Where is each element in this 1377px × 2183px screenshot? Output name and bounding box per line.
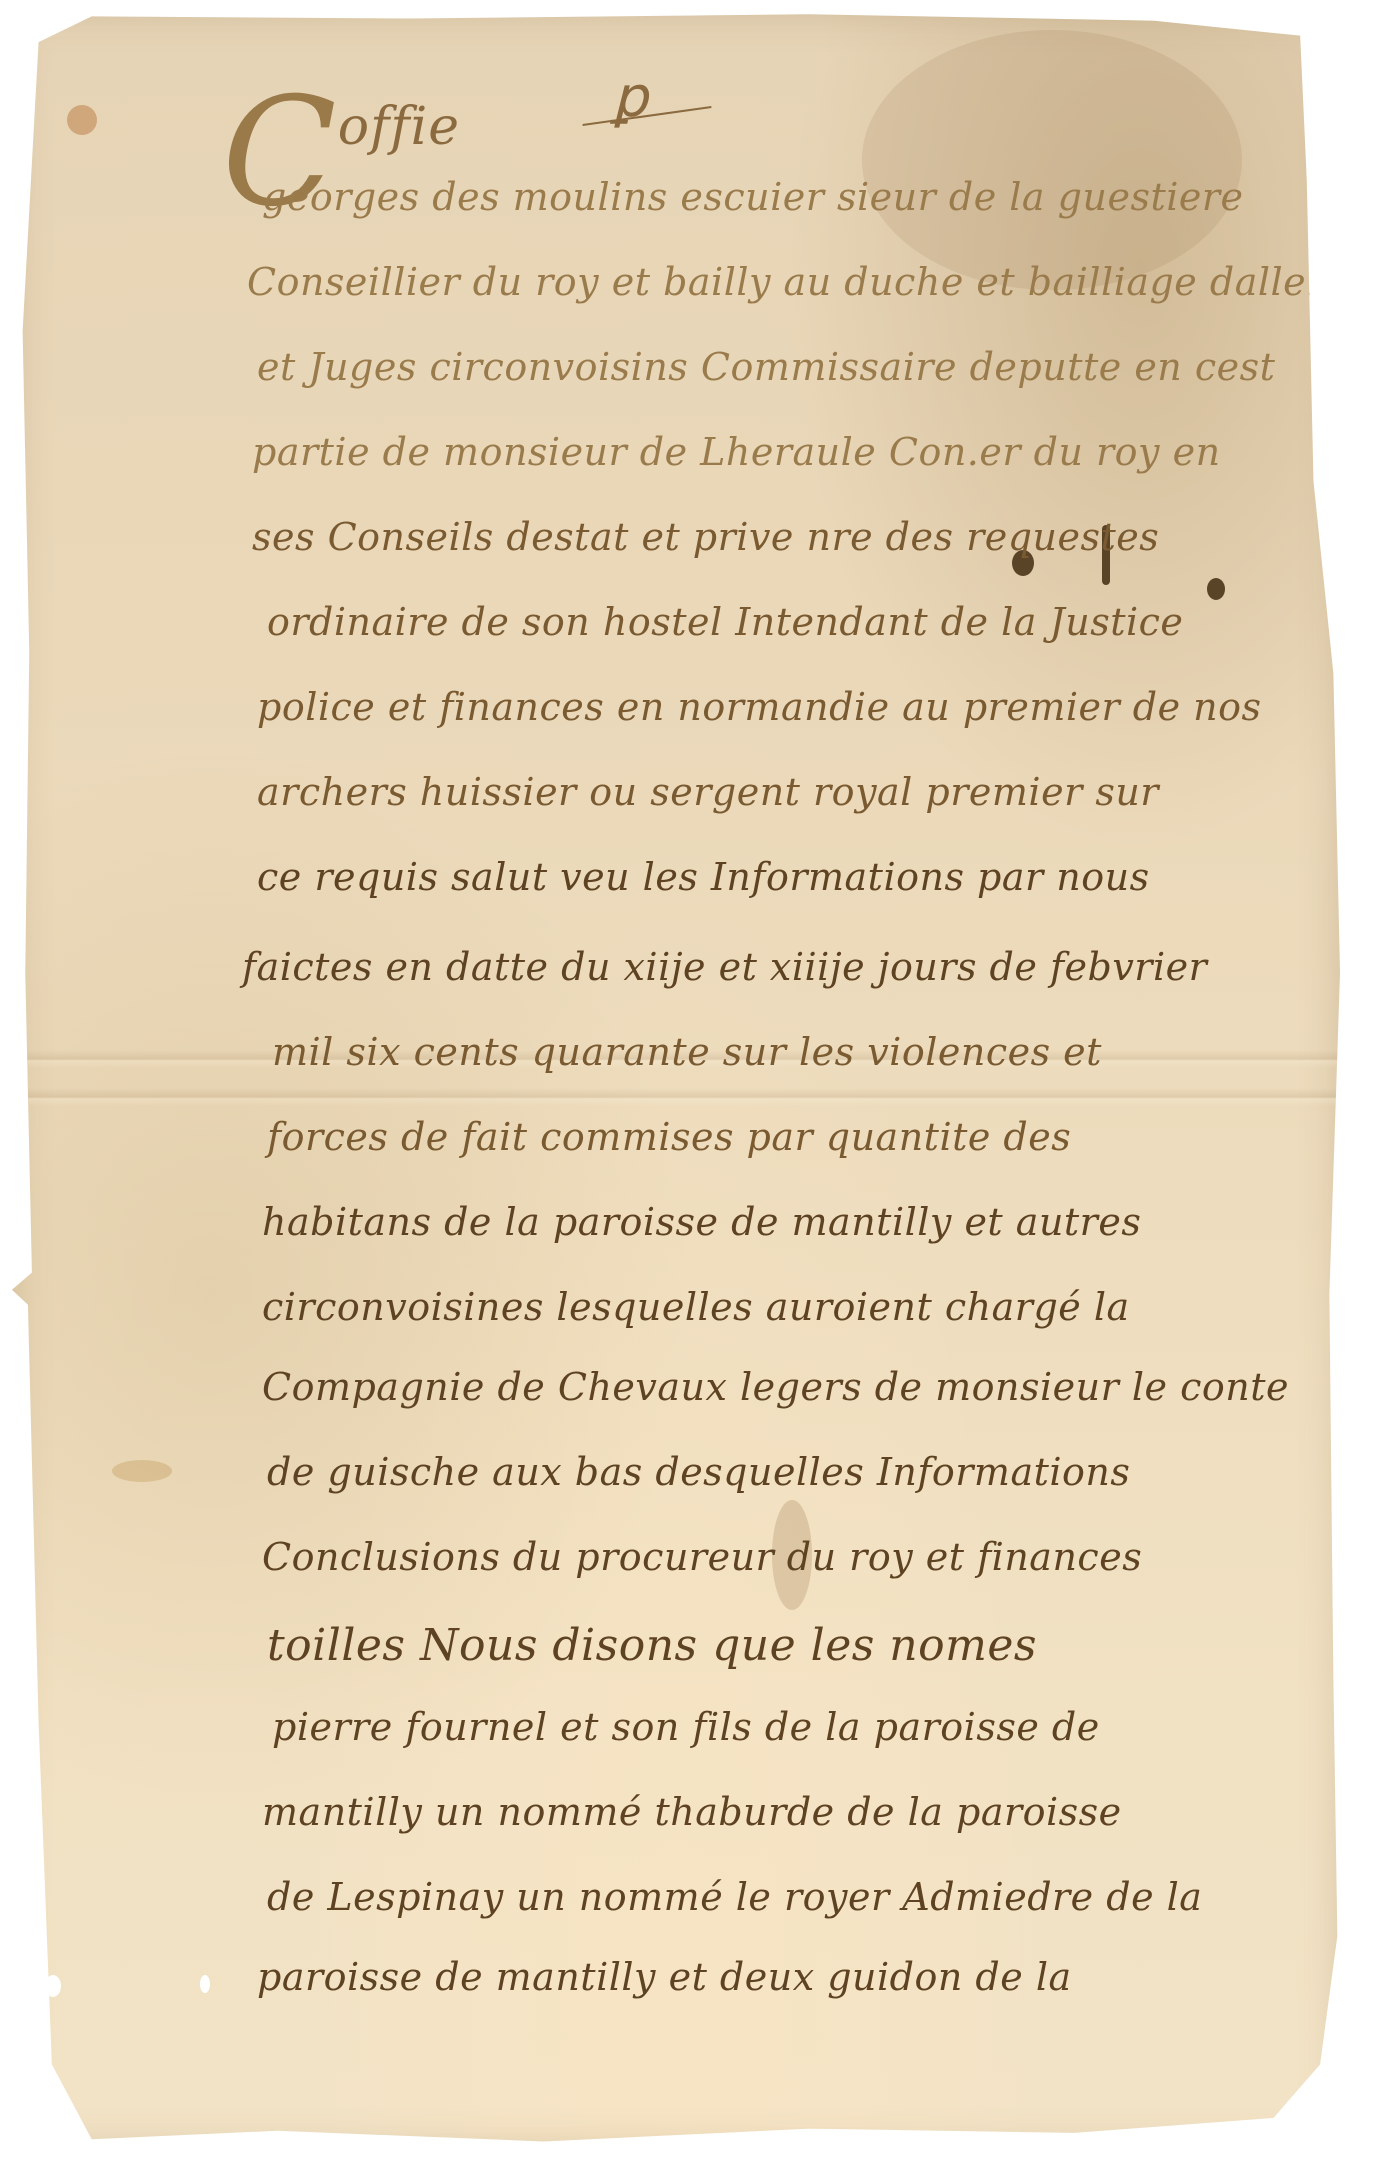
- paper-fold: [12, 1088, 1340, 1106]
- text-line: et Juges circonvoisins Commissaire deput…: [257, 345, 1275, 389]
- text-line: circonvoisines lesquelles auroient charg…: [262, 1285, 1130, 1329]
- text-line: paroisse de mantilly et deux guidon de l…: [257, 1955, 1072, 1999]
- text-line: georges des moulins escuier sieur de la …: [262, 175, 1244, 219]
- text-line: ce requis salut veu les Informations par…: [257, 855, 1150, 899]
- text-line: Compagnie de Chevaux legers de monsieur …: [262, 1365, 1289, 1409]
- hole-in-paper: [200, 1975, 210, 1993]
- text-line: de guische aux bas desquelles Informatio…: [267, 1450, 1130, 1494]
- text-line: pierre fournel et son fils de la paroiss…: [272, 1705, 1100, 1749]
- text-line: Conseillier du roy et bailly au duche et…: [247, 260, 1377, 304]
- water-stain: [862, 30, 1242, 290]
- text-line: ses Conseils destat et prive nre des req…: [252, 515, 1159, 559]
- text-line: mantilly un nommé thaburde de la paroiss…: [262, 1790, 1122, 1834]
- rust-stain: [67, 105, 97, 135]
- text-line: habitans de la paroisse de mantilly et a…: [262, 1200, 1141, 1244]
- text-line: de Lespinay un nommé le royer Admiedre d…: [267, 1875, 1202, 1919]
- text-line: faictes en datte du xiije et xiiije jour…: [242, 945, 1207, 989]
- heading-rest: offie: [338, 97, 460, 157]
- manuscript-page: Coffie ꝑ georges des moulins escuier sie…: [12, 10, 1340, 2150]
- folio-mark: ꝑ: [612, 65, 648, 130]
- text-line: police et finances en normandie au premi…: [257, 685, 1261, 729]
- text-line: archers huissier ou sergent royal premie…: [257, 770, 1159, 814]
- text-line: toilles Nous disons que les nomes: [267, 1620, 1037, 1671]
- stain: [112, 1460, 172, 1482]
- ink-blot: [1207, 578, 1225, 600]
- text-line: mil six cents quarante sur les violences…: [272, 1030, 1102, 1074]
- text-line: ordinaire de son hostel Intendant de la …: [267, 600, 1183, 644]
- text-line: forces de fait commises par quantite des: [267, 1115, 1071, 1159]
- hole-in-paper: [45, 1975, 61, 1997]
- text-line: partie de monsieur de Lheraule Con.er du…: [252, 430, 1221, 474]
- text-line: Conclusions du procureur du roy et finan…: [262, 1535, 1142, 1579]
